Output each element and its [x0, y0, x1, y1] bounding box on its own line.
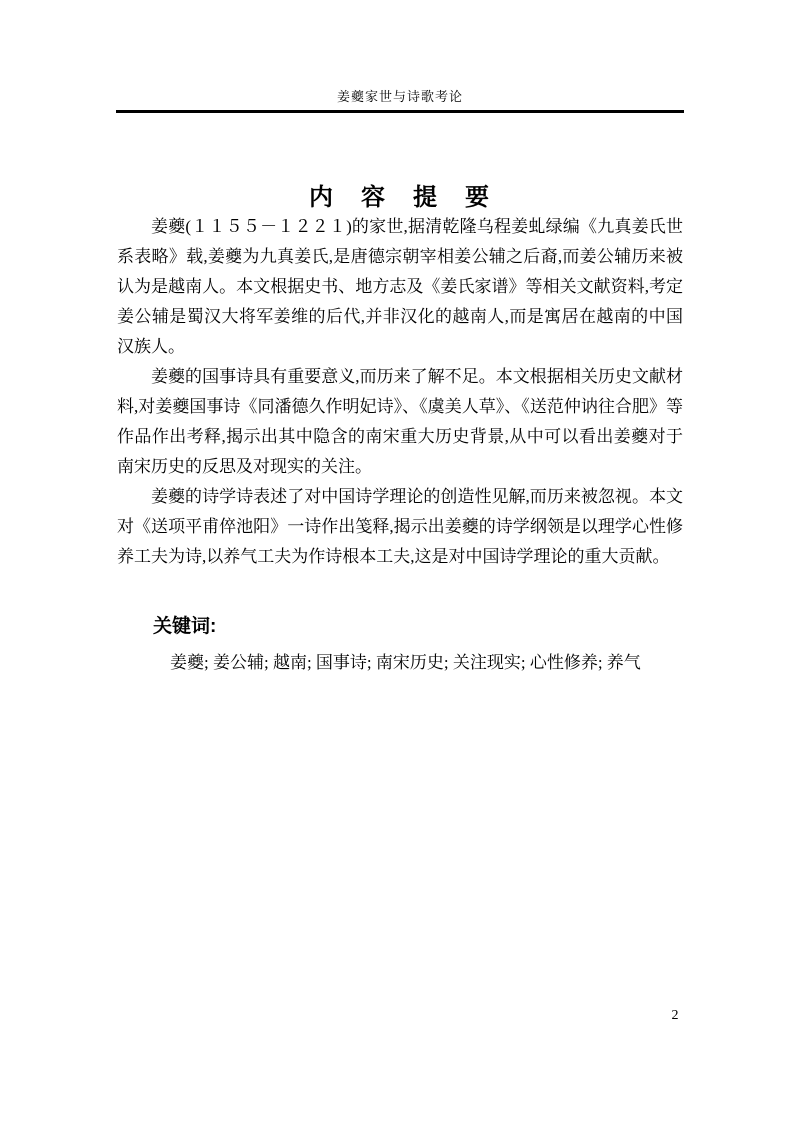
header-divider-rule	[116, 110, 684, 113]
abstract-body: 姜夔(１１５５－１２２１)的家世,据清乾隆乌程姜虬绿编《九真姜氏世系表略》载,姜…	[117, 212, 683, 572]
keywords-label: 关键词:	[153, 611, 216, 638]
page-number: 2	[660, 1008, 690, 1024]
document-page: 姜夔家世与诗歌考论 内 容 提 要 姜夔(１１５５－１２２１)的家世,据清乾隆乌…	[0, 0, 800, 1130]
running-header: 姜夔家世与诗歌考论	[117, 86, 683, 105]
keywords-list: 姜夔; 姜公辅; 越南; 国事诗; 南宋历史; 关注现实; 心性修养; 养气	[170, 651, 690, 675]
abstract-title: 内 容 提 要	[117, 177, 683, 212]
abstract-paragraph-3: 姜夔的诗学诗表述了对中国诗学理论的创造性见解,而历来被忽视。本文对《送项平甫倅池…	[117, 482, 683, 572]
abstract-paragraph-1: 姜夔(１１５５－１２２１)的家世,据清乾隆乌程姜虬绿编《九真姜氏世系表略》载,姜…	[117, 212, 683, 362]
abstract-paragraph-2: 姜夔的国事诗具有重要意义,而历来了解不足。本文根据相关历史文献材料,对姜夔国事诗…	[117, 362, 683, 482]
